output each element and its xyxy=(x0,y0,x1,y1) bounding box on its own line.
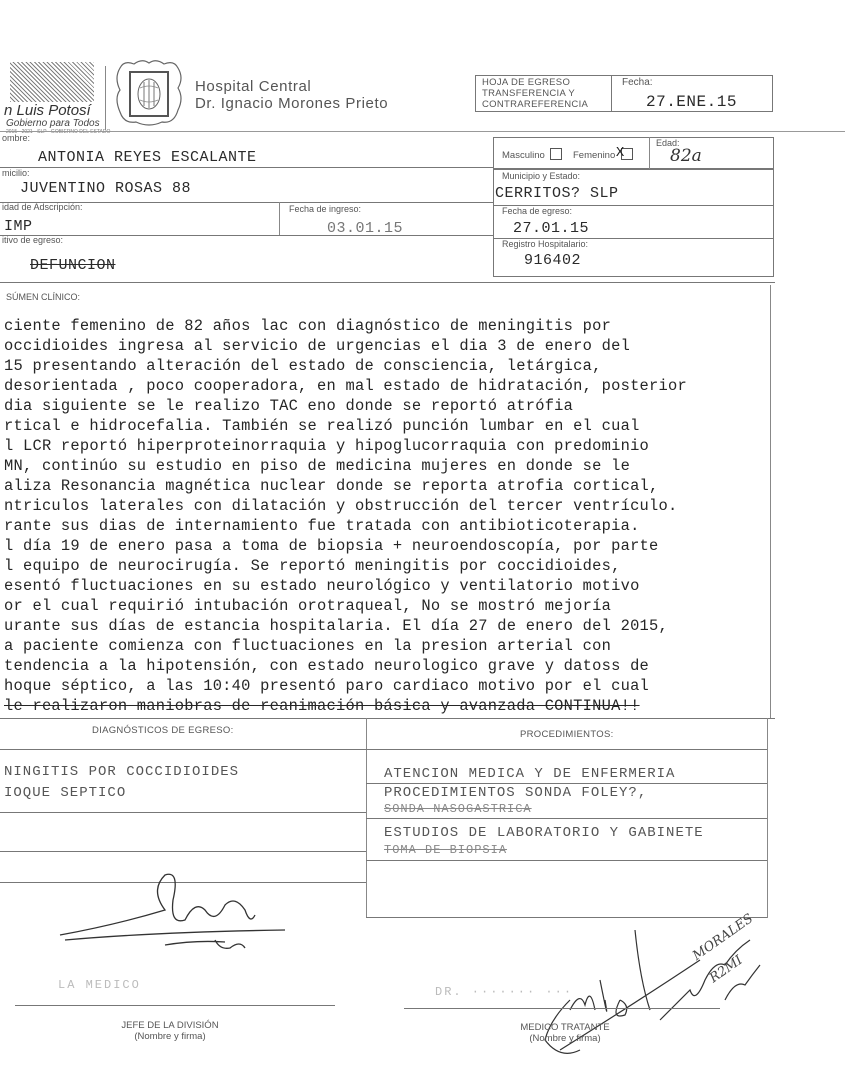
resumen-line: dia siguiente se le realizo TAC eno dond… xyxy=(4,396,824,416)
resumen-label: SÚMEN CLÍNICO: xyxy=(6,292,80,302)
row-rule-1 xyxy=(0,167,493,168)
resumen-line: or el cual requirió intubación orotraque… xyxy=(4,596,824,616)
form-type-divider xyxy=(611,76,612,111)
diagnostico-item: IOQUE SEPTICO xyxy=(4,785,126,801)
diagnosticos-label: DIAGNÓSTICOS DE EGRESO: xyxy=(92,725,234,736)
proc-rule-3 xyxy=(366,860,767,861)
jefe-caption: JEFE DE LA DIVISIÓN (Nombre y firma) xyxy=(95,1020,245,1042)
masculino-option[interactable]: Masculino xyxy=(502,148,562,161)
diag-rule-2 xyxy=(0,851,366,852)
summary-top-rule xyxy=(0,282,775,283)
form-type-label: HOJA DE EGRESO TRANSFERENCIA Y CONTRAREF… xyxy=(482,77,588,110)
procedimiento-item: SONDA NASOGASTRICA xyxy=(384,802,532,816)
proc-right-border xyxy=(767,718,768,918)
masculino-label: Masculino xyxy=(502,150,545,161)
nombre-field[interactable]: ANTONIA REYES ESCALANTE xyxy=(38,149,257,166)
femenino-label: Femenino xyxy=(573,150,615,161)
resumen-line: esentó fluctuaciones en su estado neurol… xyxy=(4,576,824,596)
resumen-line: MN, continúo su estudio en piso de medic… xyxy=(4,456,824,476)
form-type-box: HOJA DE EGRESO TRANSFERENCIA Y CONTRAREF… xyxy=(475,75,773,112)
resumen-line: l día 19 de enero pasa a toma de biopsia… xyxy=(4,536,824,556)
motivo-label: itivo de egreso: xyxy=(2,235,63,245)
resumen-line: aliza Resonancia magnética nuclear donde… xyxy=(4,476,824,496)
medico-signature-line xyxy=(404,1008,720,1009)
resumen-line: rtical e hidrocefalia. También se realiz… xyxy=(4,416,824,436)
fecha-egreso-label: Fecha de egreso: xyxy=(502,206,572,216)
logo-divider xyxy=(105,66,106,130)
resumen-line: a paciente comienza con fluctuaciones en… xyxy=(4,636,824,656)
fecha-ingreso-label: Fecha de ingreso: xyxy=(289,204,361,214)
municipio-label: Municipio y Estado: xyxy=(502,171,580,181)
procedimiento-item: PROCEDIMIENTOS SONDA FOLEY?, xyxy=(384,785,647,801)
procedimiento-item: ATENCION MEDICA Y DE ENFERMERIA xyxy=(384,766,675,782)
procedimiento-item: ESTUDIOS DE LABORATORIO Y GABINETE xyxy=(384,825,704,841)
jefe-signature-icon xyxy=(55,870,295,960)
jefe-name-faded: LA MEDICO xyxy=(58,978,141,992)
resumen-line: l LCR reportó hiperproteinorraquia y hip… xyxy=(4,436,824,456)
ingreso-divider xyxy=(279,202,280,235)
resumen-line: ntriculos laterales con dilatación y obs… xyxy=(4,496,824,516)
jefe-signature-line xyxy=(15,1005,335,1006)
hospital-name-line1: Hospital Central xyxy=(195,78,388,95)
unidad-label: idad de Adscripción: xyxy=(2,202,83,212)
resumen-line: hoque séptico, a las 10:40 presentó paro… xyxy=(4,676,824,696)
resumen-line: ciente femenino de 82 años lac con diagn… xyxy=(4,316,824,336)
procedimiento-item: TOMA DE BIOPSIA xyxy=(384,843,507,857)
resumen-line: tendencia a la hipotensión, con estado n… xyxy=(4,656,824,676)
header-rule xyxy=(0,131,845,132)
domicilio-field[interactable]: JUVENTINO ROSAS 88 xyxy=(20,180,191,197)
state-logo-slogan: Gobierno para Todos xyxy=(6,118,100,129)
row-rule-3 xyxy=(0,235,493,236)
medico-subtitle: (Nombre y firma) xyxy=(490,1033,640,1044)
form-type-line1: HOJA DE EGRESO xyxy=(482,77,588,88)
state-logo-name: n Luis Potosí xyxy=(4,102,91,119)
municipio-field[interactable]: CERRITOS? SLP xyxy=(495,185,619,202)
summary-bottom-rule xyxy=(0,718,775,719)
resumen-line: occidioides ingresa al servicio de urgen… xyxy=(4,336,824,356)
resumen-line: urante sus días de estancia hospitalaria… xyxy=(4,616,824,636)
proc-rule-2 xyxy=(366,818,767,819)
resumen-clinico-text: ciente femenino de 82 años lac con diagn… xyxy=(4,316,824,716)
diag-rule-1 xyxy=(0,812,366,813)
resumen-line: 15 presentando alteración del estado de … xyxy=(4,356,824,376)
medico-title: MEDICO TRATANTE xyxy=(490,1022,640,1033)
jefe-subtitle: (Nombre y firma) xyxy=(95,1031,245,1042)
state-government-logo: n Luis Potosí Gobierno para Todos 2015 ·… xyxy=(4,58,100,134)
resumen-line: rante sus dias de internamiento fue trat… xyxy=(4,516,824,536)
registro-label: Registro Hospitalario: xyxy=(502,239,588,249)
edad-divider xyxy=(649,137,650,169)
form-type-line3: CONTRAREFERENCIA xyxy=(482,99,588,110)
nombre-label: ombre: xyxy=(2,133,30,143)
proc-bottom-rule xyxy=(366,917,767,918)
edad-field[interactable]: 82a xyxy=(670,146,702,166)
resumen-line: desorientada , poco cooperadora, en mal … xyxy=(4,376,824,396)
proc-rule-1 xyxy=(366,783,767,784)
resumen-line: le realizaron maniobras de reanimación b… xyxy=(4,696,824,716)
fecha-label: Fecha: xyxy=(622,77,653,88)
diag-header-rule xyxy=(0,749,767,750)
medico-caption: MEDICO TRATANTE (Nombre y firma) xyxy=(490,1022,640,1044)
registro-field[interactable]: 916402 xyxy=(524,252,581,269)
femenino-option[interactable]: Femenino X xyxy=(573,148,633,161)
masculino-checkbox[interactable] xyxy=(550,148,562,160)
femenino-checkbox[interactable]: X xyxy=(621,148,633,160)
state-crest-image xyxy=(10,62,94,102)
unidad-field[interactable]: IMP xyxy=(4,218,33,235)
form-type-line2: TRANSFERENCIA Y xyxy=(482,88,588,99)
checkbox-x-mark: X xyxy=(616,145,624,161)
fecha-field[interactable]: 27.ENE.15 xyxy=(646,93,737,111)
fecha-egreso-field[interactable]: 27.01.15 xyxy=(513,220,589,237)
resumen-line: l equipo de neurocirugía. Se reportó men… xyxy=(4,556,824,576)
diagnostico-item: NINGITIS POR COCCIDIOIDES xyxy=(4,764,239,780)
motivo-field[interactable]: DEFUNCION xyxy=(30,257,116,274)
procedimientos-label: PROCEDIMIENTOS: xyxy=(520,729,614,740)
hospital-crest-icon xyxy=(114,58,184,128)
hospital-name-line2: Dr. Ignacio Morones Prieto xyxy=(195,95,388,112)
domicilio-label: micilio: xyxy=(2,168,30,178)
jefe-title: JEFE DE LA DIVISIÓN xyxy=(95,1020,245,1031)
hospital-name: Hospital Central Dr. Ignacio Morones Pri… xyxy=(195,78,388,112)
